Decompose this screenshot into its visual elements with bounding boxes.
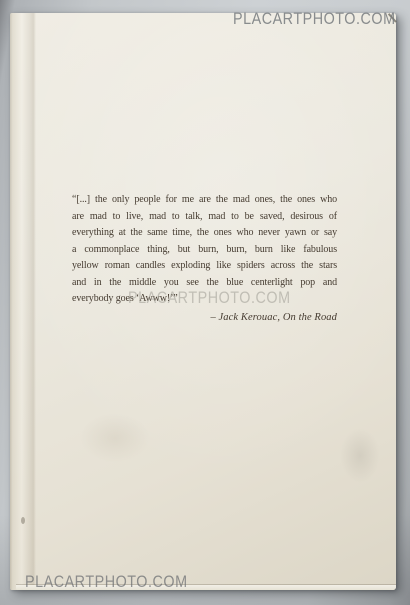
spine-speck-mark	[21, 517, 25, 524]
watermark-middle: PLACARTPHOTO.COM	[128, 289, 291, 308]
quote-line: are mad to live, mad to talk, mad to be …	[72, 209, 337, 226]
book-spine-edge	[10, 13, 36, 590]
quote-line: everything at the same time, the ones wh…	[72, 225, 337, 242]
watermark-bottom: PLACARTPHOTO.COM	[25, 573, 188, 592]
quote-line: “[...] the only people for me are the ma…	[72, 192, 337, 209]
quote-attribution: – Jack Kerouac, On the Road	[72, 311, 337, 325]
cover-smudge	[340, 428, 380, 483]
watermark-top: PLACARTPHOTO.COM	[233, 10, 396, 29]
quote-line: a commonplace thing, but burn, burn, bur…	[72, 242, 337, 259]
cover-smudge	[80, 413, 150, 463]
quote-line: yellow roman candles exploding like spid…	[72, 258, 337, 275]
photo-stage: “[...] the only people for me are the ma…	[0, 0, 410, 605]
